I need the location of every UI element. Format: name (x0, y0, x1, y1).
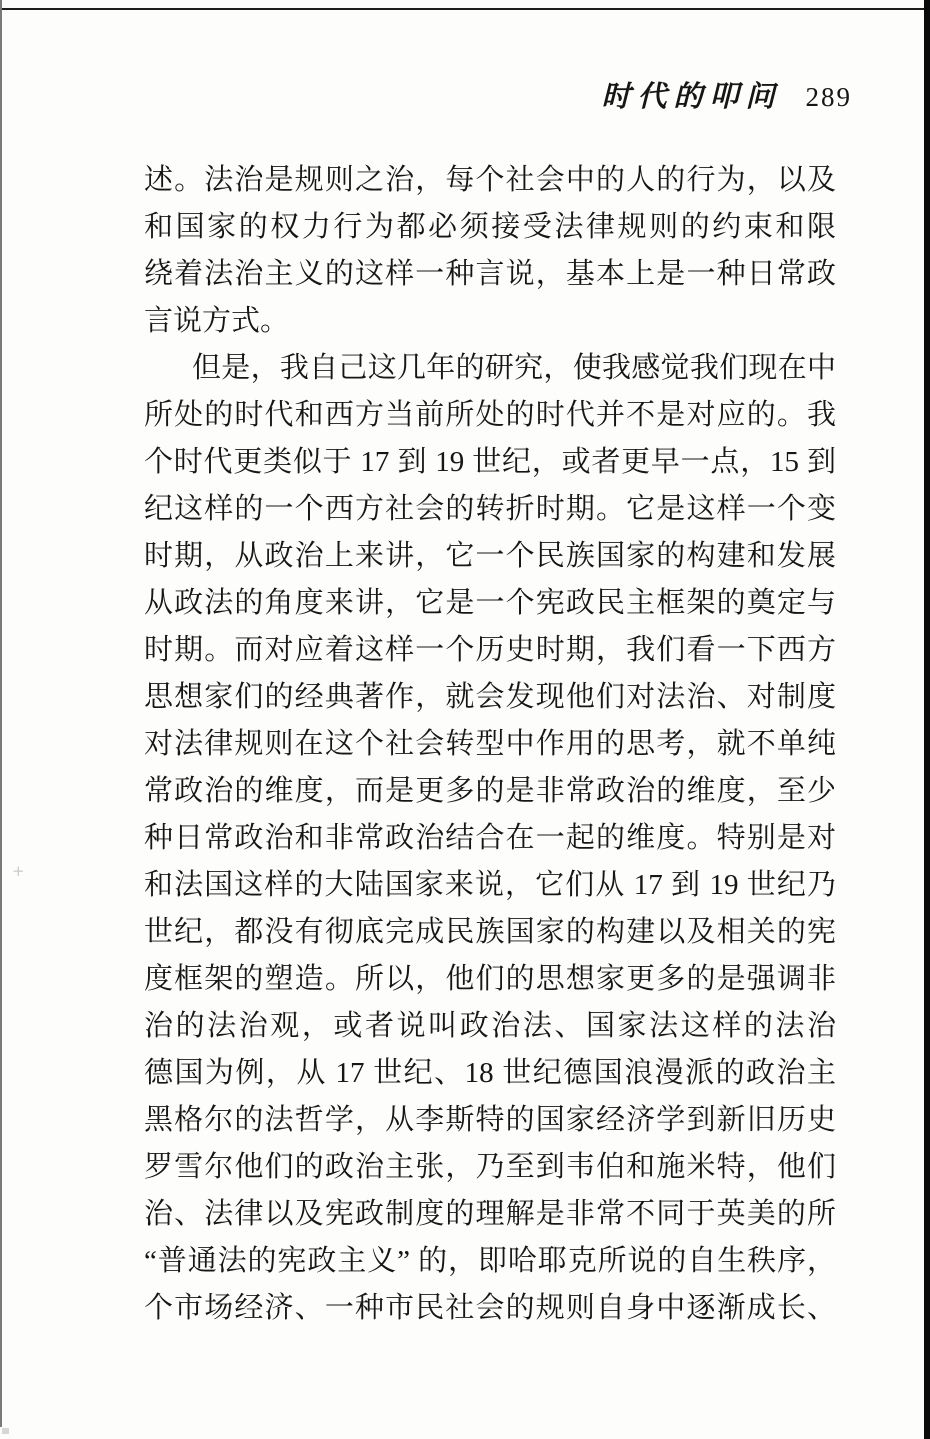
text-line: 个时代更类似于 17 到 19 世纪，或者更早一点，15 到 19 世 (144, 439, 836, 486)
text-line: 纪这样的一个西方社会的转折时期。它是这样一个变革的 (144, 486, 836, 533)
page-body: 述。法治是规则之治，每个社会中的人的行为，以及政府 和国家的权力行为都必须接受法… (144, 157, 836, 1332)
page-number: 289 (806, 82, 853, 113)
text-line: 述。法治是规则之治，每个社会中的人的行为，以及政府 (144, 157, 836, 204)
book-page: + 时代的叩问 289 述。法治是规则之治，每个社会中的人的行为，以及政府 和国… (0, 0, 930, 1439)
text-line: 治的法治观，或者说叫政治法、国家法这样的法治观，以 (144, 1003, 836, 1050)
text-line: “普通法的宪政主义” 的，即哈耶克所说的自生秩序，从一 (144, 1238, 836, 1285)
text-line: 德国为例，从 17 世纪、18 世纪德国浪漫派的政治主张，到 (144, 1050, 836, 1097)
text-line: 和国家的权力行为都必须接受法律规则的约束和限制。围 (144, 204, 836, 251)
left-border-rule (0, 0, 2, 1427)
text-line: 对法律规则在这个社会转型中作用的思考，就不单纯是日 (144, 721, 836, 768)
text-line: 时期，从政治上来讲，它一个民族国家的构建和发展时期； (144, 533, 836, 580)
text-line: 绕着法治主义的这样一种言说，基本上是一种日常政治的 (144, 251, 836, 298)
text-line: 思想家们的经典著作，就会发现他们对法治、对制度框架、 (144, 674, 836, 721)
registration-mark: + (12, 862, 25, 880)
text-line: 言说方式。 (144, 298, 836, 345)
text-line: 所处的时代和西方当前所处的时代并不是对应的。我们这 (144, 392, 836, 439)
text-line: 世纪，都没有彻底完成民族国家的构建以及相关的宪政制 (144, 909, 836, 956)
text-line: 度框架的塑造。所以，他们的思想家更多的是强调非常政 (144, 956, 836, 1003)
text-line: 治、法律以及宪政制度的理解是非常不同于英美的所谓 (144, 1191, 836, 1238)
text-line: 种日常政治和非常政治结合在一起的维度。特别是对德国 (144, 815, 836, 862)
text-line: 常政治的维度，而是更多的是非常政治的维度，至少是一 (144, 768, 836, 815)
text-line: 从政法的角度来讲，它是一个宪政民主框架的奠定与巩固 (144, 580, 836, 627)
running-head-title: 时代的叩问 (601, 74, 781, 115)
text-line: 个市场经济、一种市民社会的规则自身中逐渐成长、演变 (144, 1285, 836, 1332)
text-line: 时期。而对应着这样一个历史时期，我们看一下西方当时 (144, 627, 836, 674)
page-header: 时代的叩问 289 (601, 74, 852, 115)
text-line: 黑格尔的法哲学，从李斯特的国家经济学到新旧历史学派 (144, 1097, 836, 1144)
scan-speck (2, 1428, 9, 1434)
text-line: 但是，我自己这几年的研究，使我感觉我们现在中国 (144, 345, 836, 392)
text-line: 罗雪尔他们的政治主张，乃至到韦伯和施米特，他们对法 (144, 1144, 836, 1191)
text-line: 和法国这样的大陆国家来说，它们从 17 到 19 世纪乃至 20 (144, 862, 836, 909)
scan-edge-band (924, 0, 930, 1439)
top-border-rule (0, 8, 930, 10)
